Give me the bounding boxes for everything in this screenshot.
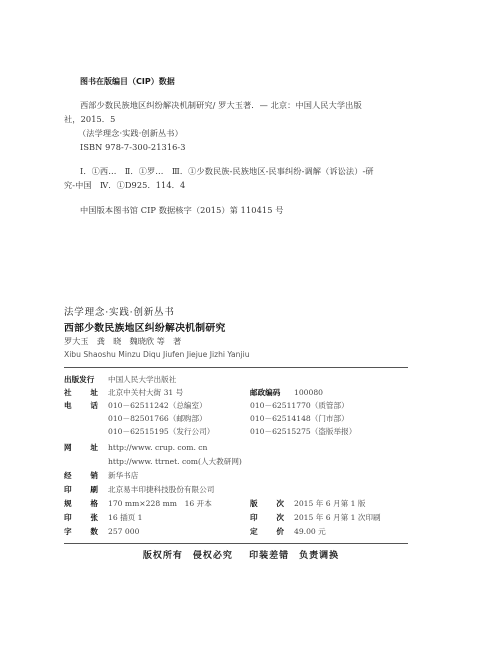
book-title: 西部少数民族地区纠纷解决机制研究	[64, 320, 226, 334]
website-row-2: http://www. ttrnet. com(人大教研网)	[64, 456, 408, 468]
copyright-reserved: 版权所有 侵权必究	[143, 551, 233, 561]
top-divider	[64, 367, 408, 368]
words-label: 字 数	[64, 526, 98, 538]
bottom-divider	[64, 543, 408, 544]
address-value: 北京中关村大街 31 号	[108, 387, 183, 399]
sheets-row: 印 张 16 插页 1 印 次 2015 年 6 月第 1 次印刷	[64, 512, 408, 524]
words-value: 257 000	[108, 526, 139, 538]
authors: 罗大玉 龚 晓 魏晓欣 等 著	[64, 336, 181, 347]
cip-line-classification: Ⅰ．①西… Ⅱ．①罗… Ⅲ．①少数民族-民族地区-民事纠纷-调解（诉讼法）-研	[80, 166, 374, 177]
cip-line-title-cont: 社，2015．5	[64, 114, 115, 125]
cip-line-isbn: ISBN 978-7-300-21316-3	[80, 142, 186, 152]
publisher-value: 中国人民大学出版社	[108, 374, 176, 386]
printing-value: 2015 年 6 月第 1 次印刷	[294, 512, 381, 524]
price-value: 49.00 元	[294, 526, 326, 538]
phone-quality: 010－62511770（质管部）	[250, 400, 349, 412]
printing-error-notice: 印装差错 负责调换	[249, 551, 339, 561]
series-name: 法学理念·实践·创新丛书	[64, 304, 175, 318]
distributor-label: 经 销	[64, 470, 98, 482]
phone-distribution: 010－62515195（发行公司）	[108, 426, 214, 438]
price-label: 定 价	[250, 526, 284, 538]
edition-value: 2015 年 6 月第 1 版	[294, 498, 365, 510]
edition-label: 版 次	[250, 498, 284, 510]
cip-heading: 图书在版编目（CIP）数据	[80, 76, 175, 87]
distributor-value: 新华书店	[108, 470, 138, 482]
website-crup[interactable]: http://www. crup. com. cn	[108, 442, 207, 454]
address-row: 社 址 北京中关村大街 31 号 邮政编码 100080	[64, 387, 408, 399]
phone-row-2: 010－82501766（邮购部） 010－62514148（门市部）	[64, 413, 408, 425]
address-label: 社 址	[64, 387, 98, 399]
distributor-row: 经 销 新华书店	[64, 470, 408, 482]
printer-label: 印 刷	[64, 484, 98, 496]
postcode-label: 邮政编码	[250, 387, 280, 399]
phone-mail-order: 010－82501766（邮购部）	[108, 413, 207, 425]
format-label: 规 格	[64, 498, 98, 510]
publisher-row: 出版发行 中国人民大学出版社	[64, 374, 408, 386]
sheets-value: 16 插页 1	[108, 512, 143, 524]
website-label: 网 址	[64, 442, 98, 454]
phone-editorial: 010－62511242（总编室）	[108, 400, 207, 412]
cip-line-library-number: 中国版本图书馆 CIP 数据核字（2015）第 110415 号	[80, 205, 284, 216]
phone-label: 电 话	[64, 400, 98, 412]
printing-label: 印 次	[250, 512, 284, 524]
phone-retail: 010－62514148（门市部）	[250, 413, 349, 425]
cip-line-classification-cont: 究-中国 Ⅳ．①D925．114．4	[64, 180, 185, 191]
website-row-1: 网 址 http://www. crup. com. cn	[64, 442, 408, 454]
printer-row: 印 刷 北京易丰印捷科技股份有限公司	[64, 484, 408, 496]
printer-value: 北京易丰印捷科技股份有限公司	[108, 484, 214, 496]
phone-piracy-report: 010－62515275（盗版举报）	[250, 426, 356, 438]
format-row: 规 格 170 mm×228 mm 16 开本 版 次 2015 年 6 月第 …	[64, 498, 408, 510]
phone-row-3: 010－62515195（发行公司） 010－62515275（盗版举报）	[64, 426, 408, 438]
phone-row-1: 电 话 010－62511242（总编室） 010－62511770（质管部）	[64, 400, 408, 412]
postcode-value: 100080	[294, 387, 323, 399]
format-value: 170 mm×228 mm 16 开本	[108, 498, 212, 510]
pinyin-title: Xibu Shaoshu Minzu Diqu Jiufen Jiejue Ji…	[64, 350, 250, 359]
copyright-notice: 版权所有 侵权必究 印装差错 负责调换	[0, 548, 482, 561]
words-row: 字 数 257 000 定 价 49.00 元	[64, 526, 408, 538]
publisher-label: 出版发行	[64, 374, 94, 386]
sheets-label: 印 张	[64, 512, 98, 524]
cip-line-series: （法学理念·实践·创新丛书）	[78, 128, 183, 139]
website-ttrnet[interactable]: http://www. ttrnet. com(人大教研网)	[108, 456, 242, 468]
cip-line-title: 西部少数民族地区纠纷解决机制研究/ 罗大玉著．— 北京：中国人民大学出版	[80, 100, 362, 111]
